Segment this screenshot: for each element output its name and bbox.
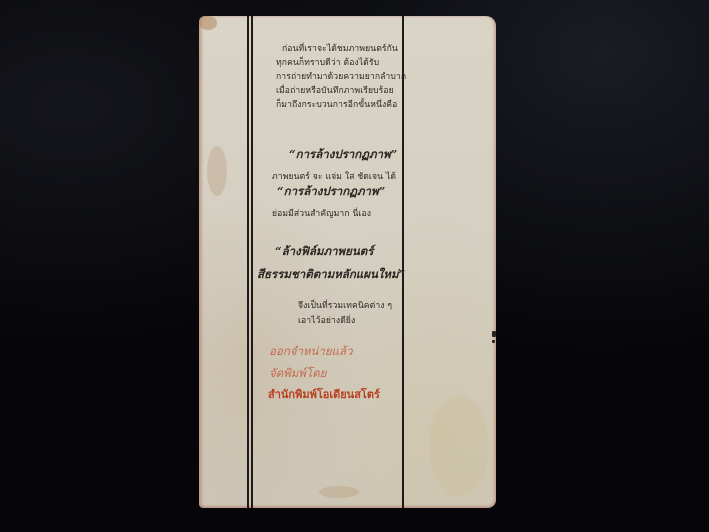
edge-stain	[207, 146, 227, 196]
book-back-cover: ก่อนที่เราจะได้ชมภาพยนตร์กัน ทุกคนก็ทราบ…	[199, 16, 496, 508]
edge-mark	[492, 340, 495, 343]
closing-line: เอาไว้อย่างดียิ่ง	[298, 313, 355, 327]
corner-stain	[199, 16, 217, 30]
available-now-text: ออกจำหน่ายแล้ว	[269, 343, 353, 361]
body-line: ย่อมมีส่วนสำคัญมาก นี่เอง	[272, 206, 371, 220]
bottom-stain	[319, 486, 359, 498]
left-border-rule-outer	[247, 16, 249, 508]
water-stain	[429, 396, 489, 496]
body-line: ภาพยนตร์ จะ แจ่ม ใส ชัดเจน ได้	[272, 169, 396, 183]
intro-line: ทุกคนก็ทราบดีว่า ต้องได้รับ	[276, 55, 379, 69]
right-border-rule	[402, 16, 404, 508]
intro-line: การถ่ายทำมาด้วยความยากลำบาก	[276, 69, 406, 83]
publisher-name: สำนักพิมพ์โอเดียนสโตร์	[268, 385, 380, 403]
book-title-line-1: “ล้างฟิล์มภาพยนตร์	[275, 243, 373, 261]
printed-by-text: จัดพิมพ์โดย	[269, 365, 326, 383]
intro-line: ก็มาถึงกระบวนการอีกขั้นหนึ่งคือ	[276, 97, 397, 111]
book-title-line-2: สีธรรมชาติตามหลักแผนใหม่”	[257, 266, 405, 284]
heading-film-developing: “การล้างปรากฏภาพ”	[289, 146, 397, 164]
intro-line: เมื่อถ่ายหรือบันทึกภาพเรียบร้อย	[276, 83, 394, 97]
edge-mark	[492, 331, 496, 337]
heading-film-developing-repeat: “การล้างปรากฏภาพ”	[277, 183, 385, 201]
closing-line: จึงเป็นที่รวมเทคนิคต่าง ๆ	[298, 298, 392, 312]
left-border-rule-inner	[251, 16, 253, 508]
intro-line: ก่อนที่เราจะได้ชมภาพยนตร์กัน	[282, 41, 398, 55]
